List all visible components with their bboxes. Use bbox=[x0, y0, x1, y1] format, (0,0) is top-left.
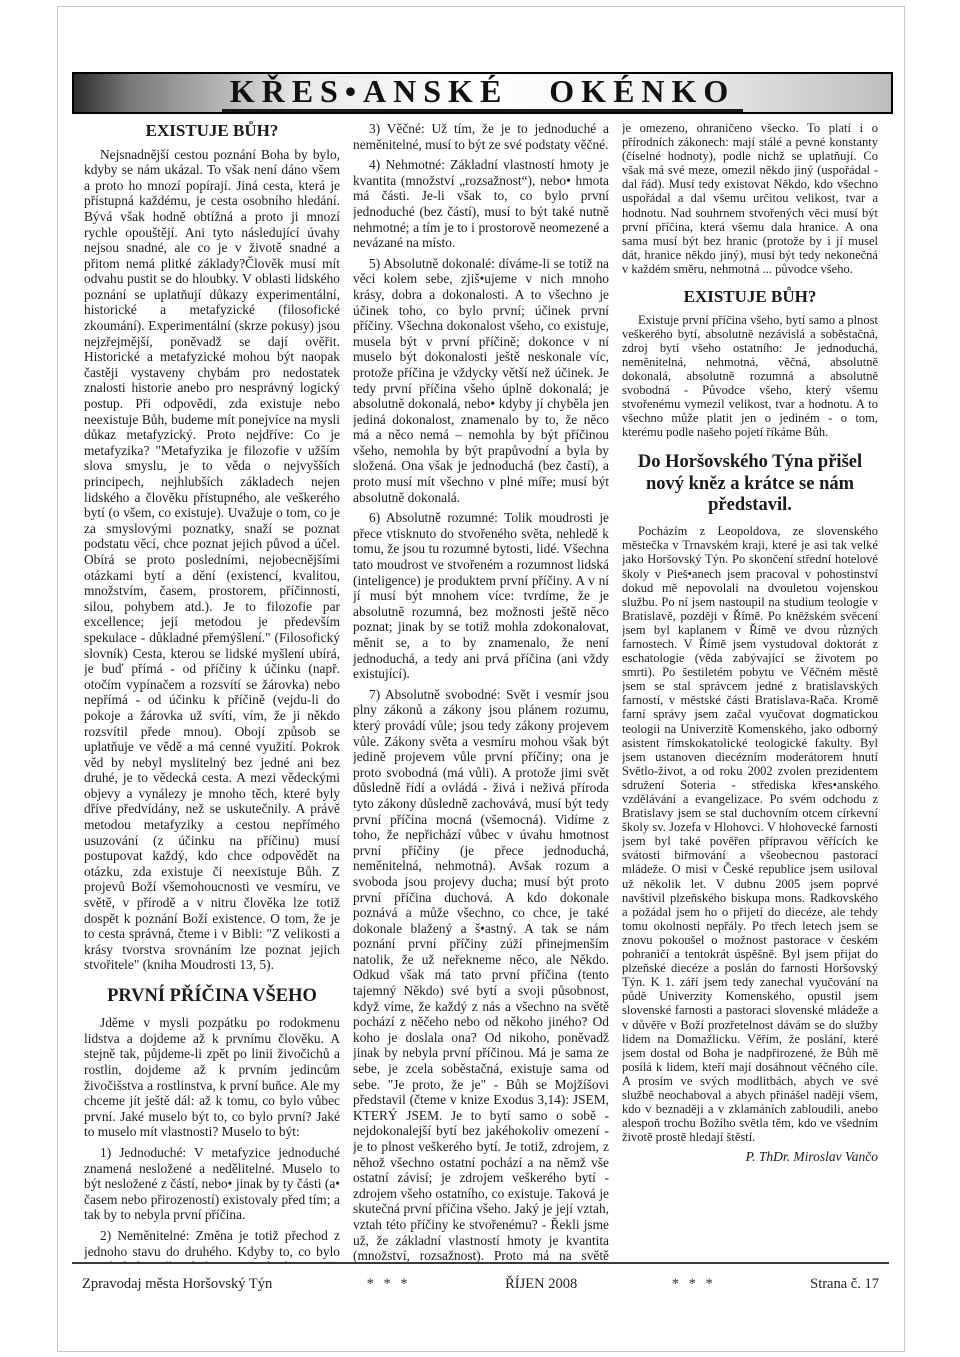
section-heading: EXISTUJE BŮH? bbox=[622, 287, 878, 307]
footer-separator: * * * bbox=[672, 1276, 716, 1293]
paragraph: 1) Jednoduché: V metafyzice jednoduché z… bbox=[84, 1145, 340, 1223]
section-banner: KŘES•ANSKÉ OKÉNKO bbox=[72, 72, 893, 114]
signature: P. ThDr. Miroslav Vančo bbox=[622, 1150, 878, 1164]
footer-page-number: Strana č. 17 bbox=[810, 1276, 879, 1293]
paragraph: 4) Nehmotné: Základní vlastností hmoty j… bbox=[353, 157, 609, 251]
article-columns: EXISTUJE BŮH?Nejsnadnější cestou poznání… bbox=[84, 121, 878, 1262]
section-heading: PRVNÍ PŘÍČINA VŠEHO bbox=[84, 986, 340, 1007]
paragraph: Jděme v mysli pozpátku po rodokmenu lids… bbox=[84, 1015, 340, 1140]
paragraph: Pocházím z Leopoldova, ze slovenského mě… bbox=[622, 524, 878, 1144]
paragraph: Nejsnadnější cestou poznání Boha by bylo… bbox=[84, 147, 340, 973]
footer: Zpravodaj města Horšovský Týn * * * ŘÍJE… bbox=[72, 1276, 889, 1293]
column-right: je omezeno, ohraničeno všecko. To platí … bbox=[622, 121, 878, 1262]
footer-separator: * * * bbox=[367, 1276, 411, 1293]
paragraph: 3) Věčné: Už tím, že je to jednoduché a … bbox=[353, 121, 609, 152]
banner-title: KŘES•ANSKÉ OKÉNKO bbox=[222, 75, 744, 112]
footer-divider bbox=[72, 1262, 889, 1264]
section-heading: Do Horšovského Týna přišel nový kněz a k… bbox=[622, 452, 878, 516]
paragraph: 5) Absolutně dokonalé: díváme-li se toti… bbox=[353, 256, 609, 506]
footer-date: ŘÍJEN 2008 bbox=[505, 1276, 577, 1293]
paragraph: Existuje první příčina všeho, bytí samo … bbox=[622, 313, 878, 440]
paragraph: 2) Neměnitelné: Změna je totiž přechod z… bbox=[84, 1228, 340, 1262]
column-middle: 3) Věčné: Už tím, že je to jednoduché a … bbox=[353, 121, 609, 1262]
paragraph: 7) Absolutně svobodné: Svět i vesmír jso… bbox=[353, 687, 609, 1262]
footer-publication: Zpravodaj města Horšovský Týn bbox=[82, 1276, 272, 1293]
section-heading: EXISTUJE BŮH? bbox=[84, 121, 340, 141]
paragraph: 6) Absolutně rozumné: Tolik moudrosti je… bbox=[353, 510, 609, 682]
column-left: EXISTUJE BŮH?Nejsnadnější cestou poznání… bbox=[84, 121, 340, 1262]
paragraph-continuation: je omezeno, ohraničeno všecko. To platí … bbox=[622, 121, 878, 276]
